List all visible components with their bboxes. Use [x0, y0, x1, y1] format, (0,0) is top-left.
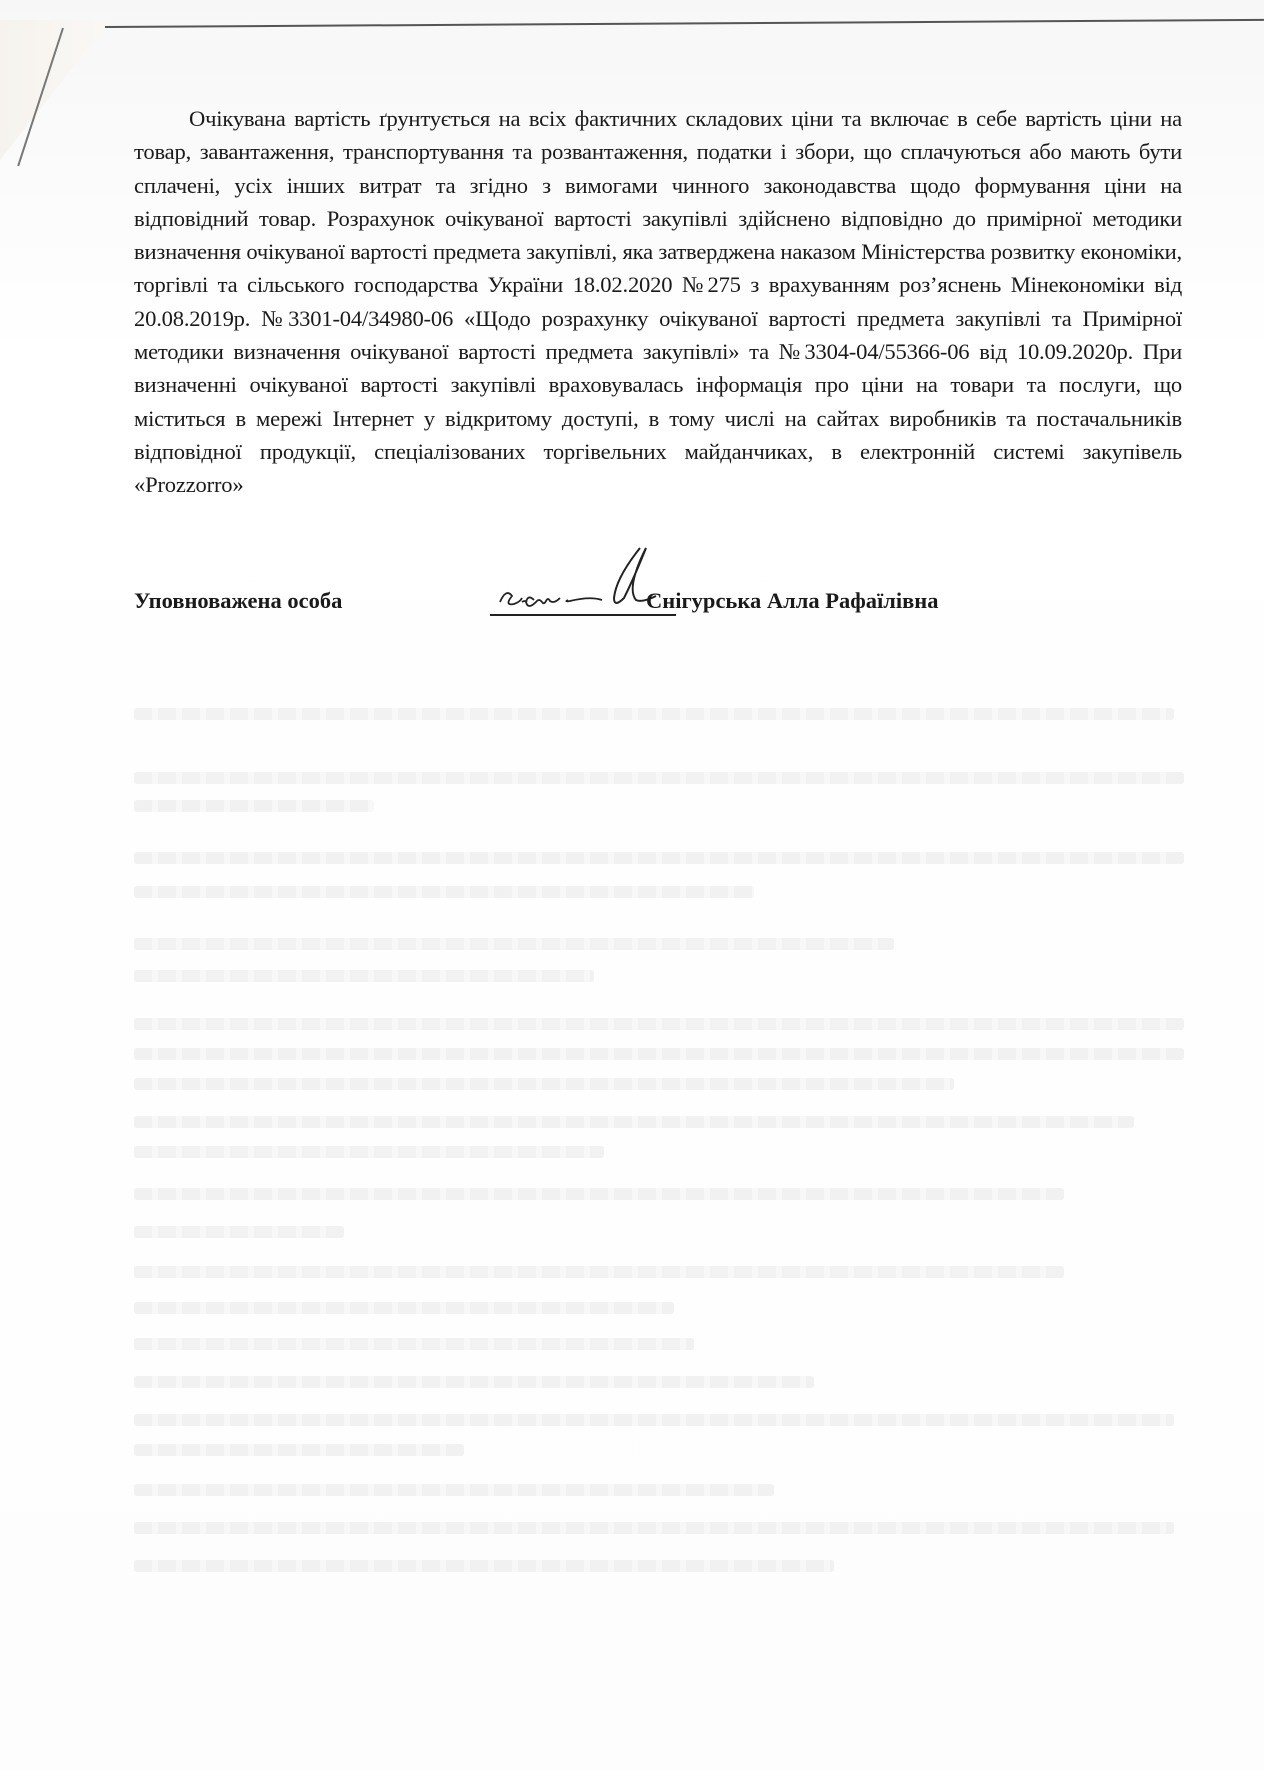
bleed-through-text	[134, 1560, 834, 1572]
bleed-through-text	[134, 1484, 774, 1496]
signature-line	[490, 614, 676, 616]
bleed-through-text	[134, 1116, 1134, 1128]
main-paragraph: Очікувана вартість ґрунтується на всіх ф…	[134, 102, 1182, 502]
signatory-role: Уповноважена особа	[134, 588, 342, 614]
bleed-through-text	[134, 938, 894, 950]
bleed-through-text	[134, 1188, 1064, 1200]
bleed-through-text	[134, 1444, 464, 1456]
bleed-through-text	[134, 1414, 1174, 1426]
bleed-through-text	[134, 1078, 954, 1090]
bleed-through-text	[134, 800, 374, 812]
signatory-name: Снігурська Алла Рафаїлівна	[646, 588, 939, 614]
bleed-through-text	[134, 1018, 1184, 1030]
bleed-through-text	[134, 1146, 604, 1158]
signature-block: Уповноважена особа Снігурська Алла Рафаї…	[134, 580, 1134, 620]
bleed-through-text	[134, 1266, 1064, 1278]
bleed-through-text	[134, 852, 1184, 864]
bleed-through-text	[134, 970, 594, 982]
bleed-through-text	[134, 1522, 1174, 1534]
bleed-through-text	[134, 1338, 694, 1350]
bleed-through-text	[134, 1302, 674, 1314]
bleed-through-text	[134, 1226, 344, 1238]
bleed-through-text	[134, 708, 1174, 720]
bleed-through-text	[134, 1376, 814, 1388]
bleed-through-text	[134, 886, 754, 898]
bleed-through-text	[134, 772, 1184, 784]
bleed-through-text	[134, 1048, 1184, 1060]
